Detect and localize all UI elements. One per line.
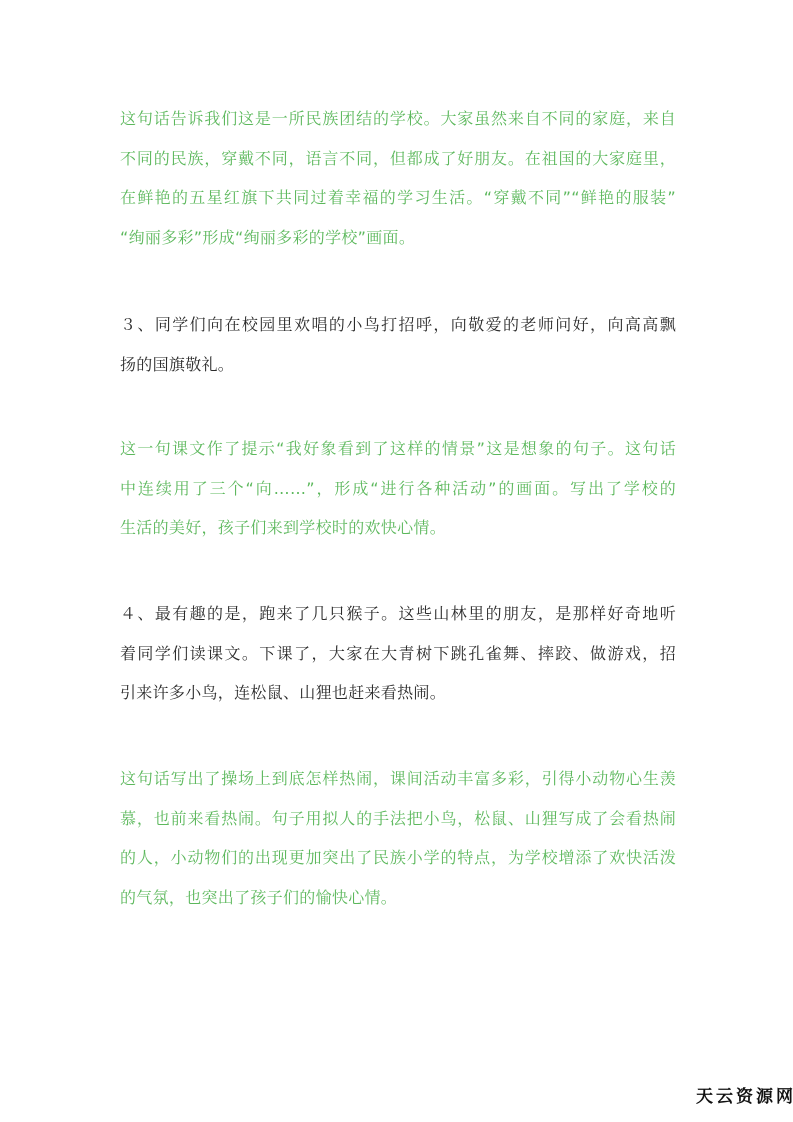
analysis-paragraph-1: 这句话告诉我们这是一所民族团结的学校。大家虽然来自不同的家庭，来自 不同的民族，…	[120, 99, 676, 257]
text-line: 中连续用了三个“向……”，形成“进行各种活动”的画面。写出了学校的	[120, 469, 676, 509]
text-line: 慕，也前来看热闹。句子用拟人的手法把小鸟，松鼠、山狸写成了会看热闹	[120, 799, 676, 839]
text-line: ４、最有趣的是，跑来了几只猴子。这些山林里的朋友，是那样好奇地听	[120, 594, 676, 634]
analysis-paragraph-2: 这一句课文作了提示“我好象看到了这样的情景”这是想象的句子。这句话 中连续用了三…	[120, 429, 676, 548]
watermark-logo: 天云资源网	[696, 1082, 793, 1107]
text-line: ３、同学们向在校园里欢唱的小鸟打招呼，向敬爱的老师问好，向高高飘	[120, 305, 676, 345]
text-line: 不同的民族，穿戴不同，语言不同，但都成了好朋友。在祖国的大家庭里，	[120, 139, 676, 179]
text-line: 的人，小动物们的出现更加突出了民族小学的特点，为学校增添了欢快活泼	[120, 838, 676, 878]
text-line: “绚丽多彩”形成“绚丽多彩的学校”画面。	[120, 218, 676, 258]
text-paragraph-3: ３、同学们向在校园里欢唱的小鸟打招呼，向敬爱的老师问好，向高高飘 扬的国旗敬礼。	[120, 305, 676, 384]
text-line: 扬的国旗敬礼。	[120, 345, 676, 385]
document-page: 这句话告诉我们这是一所民族团结的学校。大家虽然来自不同的家庭，来自 不同的民族，…	[0, 0, 793, 1122]
text-line: 引来许多小鸟，连松鼠、山狸也赶来看热闹。	[120, 673, 676, 713]
text-line: 生活的美好，孩子们来到学校时的欢快心情。	[120, 508, 676, 548]
text-line: 这一句课文作了提示“我好象看到了这样的情景”这是想象的句子。这句话	[120, 429, 676, 469]
analysis-paragraph-3: 这句话写出了操场上到底怎样热闹，课间活动丰富多彩，引得小动物心生羡 慕，也前来看…	[120, 759, 676, 917]
text-line: 这句话写出了操场上到底怎样热闹，课间活动丰富多彩，引得小动物心生羡	[120, 759, 676, 799]
text-line: 着同学们读课文。下课了，大家在大青树下跳孔雀舞、摔跤、做游戏，招	[120, 634, 676, 674]
text-line: 在鲜艳的五星红旗下共同过着幸福的学习生活。“穿戴不同”“鲜艳的服装”	[120, 178, 676, 218]
text-line: 的气氛，也突出了孩子们的愉快心情。	[120, 878, 676, 918]
text-line: 这句话告诉我们这是一所民族团结的学校。大家虽然来自不同的家庭，来自	[120, 99, 676, 139]
text-paragraph-4: ４、最有趣的是，跑来了几只猴子。这些山林里的朋友，是那样好奇地听 着同学们读课文…	[120, 594, 676, 713]
